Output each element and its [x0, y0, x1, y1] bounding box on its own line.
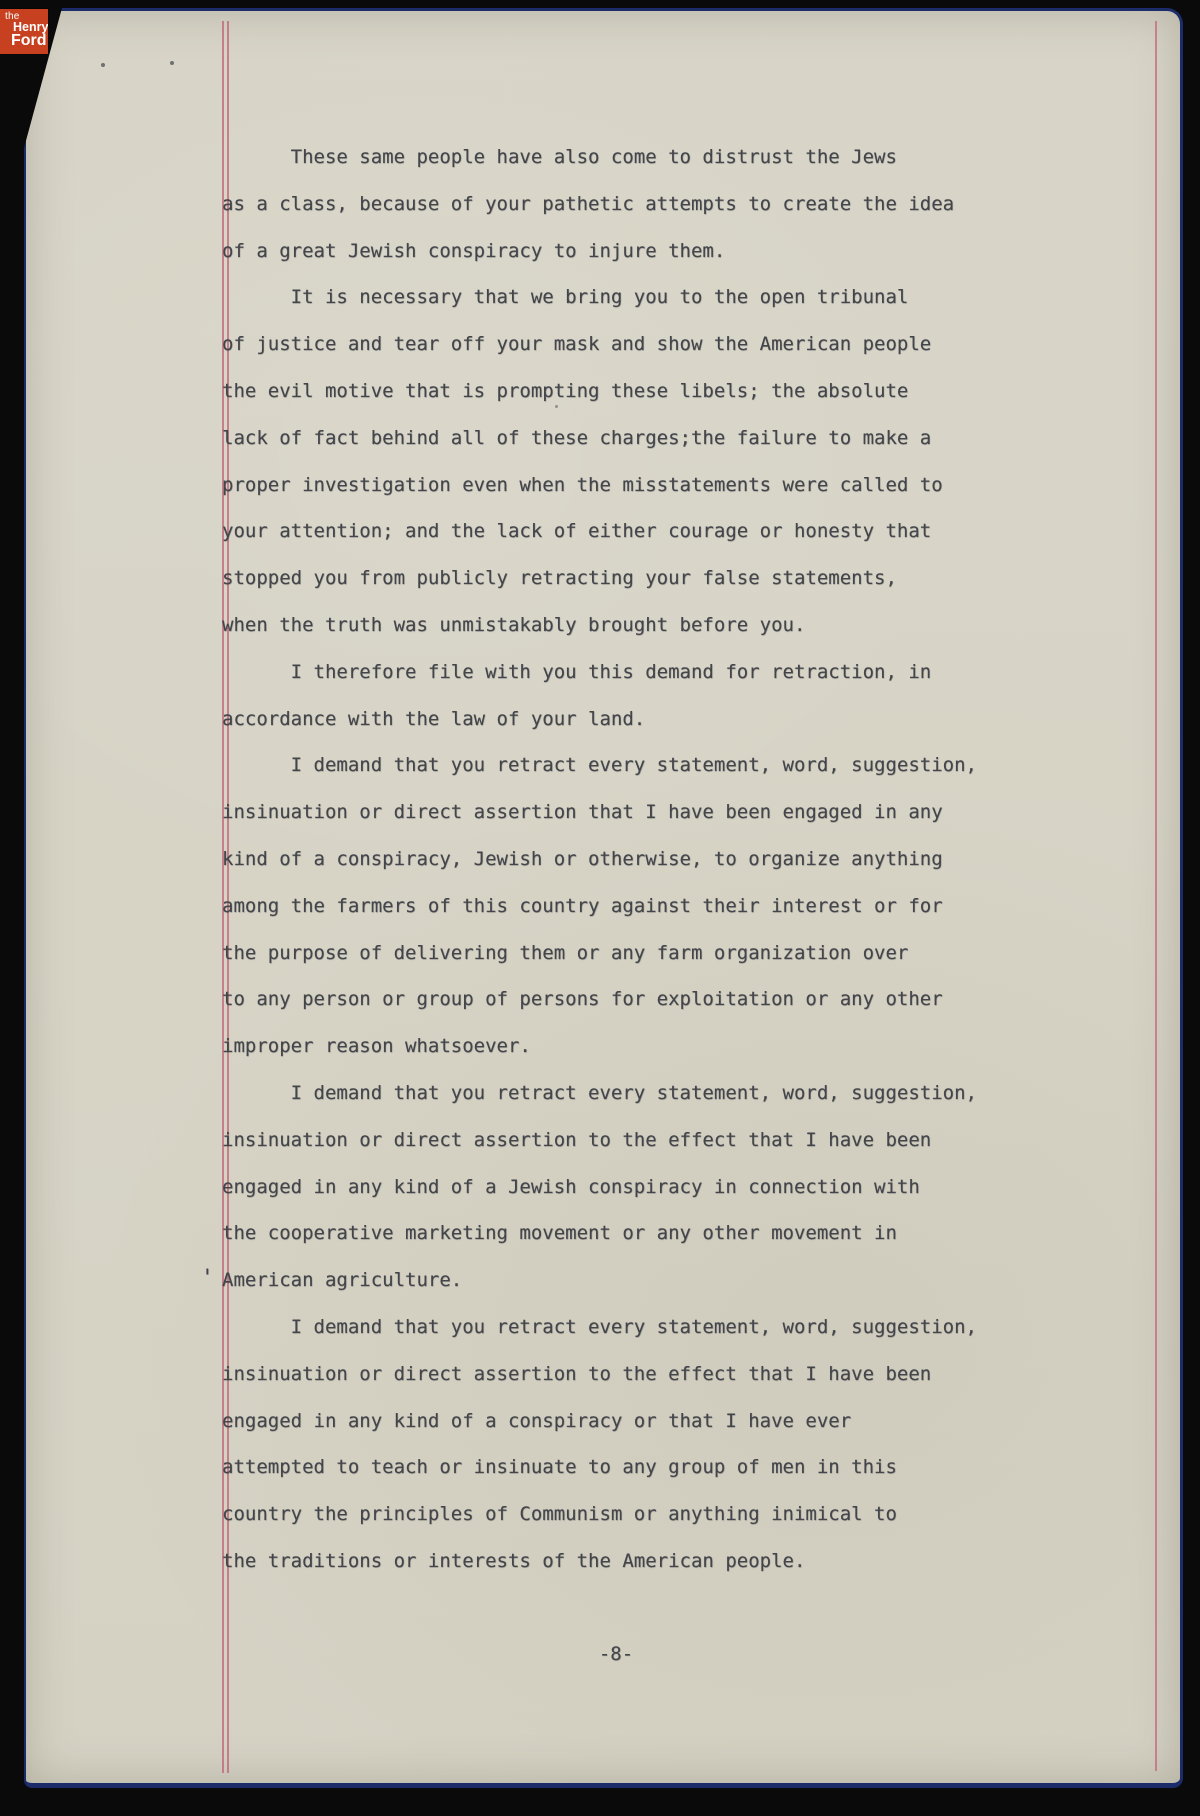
typewritten-line: It is necessary that we bring you to the…	[222, 274, 1012, 321]
typewritten-line: insinuation or direct assertion that I h…	[222, 789, 1012, 836]
stray-apostrophe-mark: '	[201, 1262, 214, 1292]
typewritten-line: I demand that you retract every statemen…	[222, 742, 1012, 789]
typewritten-line: accordance with the law of your land.	[222, 696, 1012, 743]
typewritten-line: I demand that you retract every statemen…	[222, 1304, 1012, 1351]
typewritten-line: kind of a conspiracy, Jewish or otherwis…	[222, 836, 1012, 883]
typewritten-line: to any person or group of persons for ex…	[222, 976, 1012, 1023]
typewritten-line: proper investigation even when the misst…	[222, 462, 1012, 509]
typewritten-line: engaged in any kind of a conspiracy or t…	[222, 1398, 1012, 1445]
typewritten-line: These same people have also come to dist…	[222, 134, 1012, 181]
typewritten-line: stopped you from publicly retracting you…	[222, 555, 1012, 602]
paper-speck	[101, 63, 105, 67]
henry-ford-logo: the Henry Ford	[0, 9, 48, 54]
typewritten-line: when the truth was unmistakably brought …	[222, 602, 1012, 649]
typewritten-line: I demand that you retract every statemen…	[222, 1070, 1012, 1117]
typewritten-line: lack of fact behind all of these charges…	[222, 415, 1012, 462]
typewritten-line: the cooperative marketing movement or an…	[222, 1210, 1012, 1257]
typewritten-line: improper reason whatsoever.	[222, 1023, 1012, 1070]
margin-line-right	[1155, 21, 1157, 1771]
logo-word-ford: Ford	[11, 32, 47, 50]
typewritten-line: country the principles of Communism or a…	[222, 1491, 1012, 1538]
typewritten-line: the evil motive that is prompting these …	[222, 368, 1012, 415]
page-number: -8-	[586, 1631, 646, 1678]
typewritten-line: among the farmers of this country agains…	[222, 883, 1012, 930]
typewritten-line: your attention; and the lack of either c…	[222, 508, 1012, 555]
typewritten-line: I therefore file with you this demand fo…	[222, 649, 1012, 696]
typewritten-line: the traditions or interests of the Ameri…	[222, 1538, 1012, 1585]
paper-speck	[170, 61, 174, 65]
typewritten-line: insinuation or direct assertion to the e…	[222, 1117, 1012, 1164]
typewritten-line: insinuation or direct assertion to the e…	[222, 1351, 1012, 1398]
typewritten-line: of justice and tear off your mask and sh…	[222, 321, 1012, 368]
typewritten-line: attempted to teach or insinuate to any g…	[222, 1444, 1012, 1491]
viewer-background: These same people have also come to dist…	[0, 0, 1200, 1816]
typewritten-line: American agriculture.	[222, 1257, 1012, 1304]
paper-speck	[555, 405, 558, 408]
typewritten-line: engaged in any kind of a Jewish conspira…	[222, 1164, 1012, 1211]
typewritten-line: as a class, because of your pathetic att…	[222, 181, 1012, 228]
typewritten-line: of a great Jewish conspiracy to injure t…	[222, 228, 1012, 275]
typewritten-lines: These same people have also come to dist…	[222, 134, 1012, 1585]
typewritten-line: the purpose of delivering them or any fa…	[222, 930, 1012, 977]
